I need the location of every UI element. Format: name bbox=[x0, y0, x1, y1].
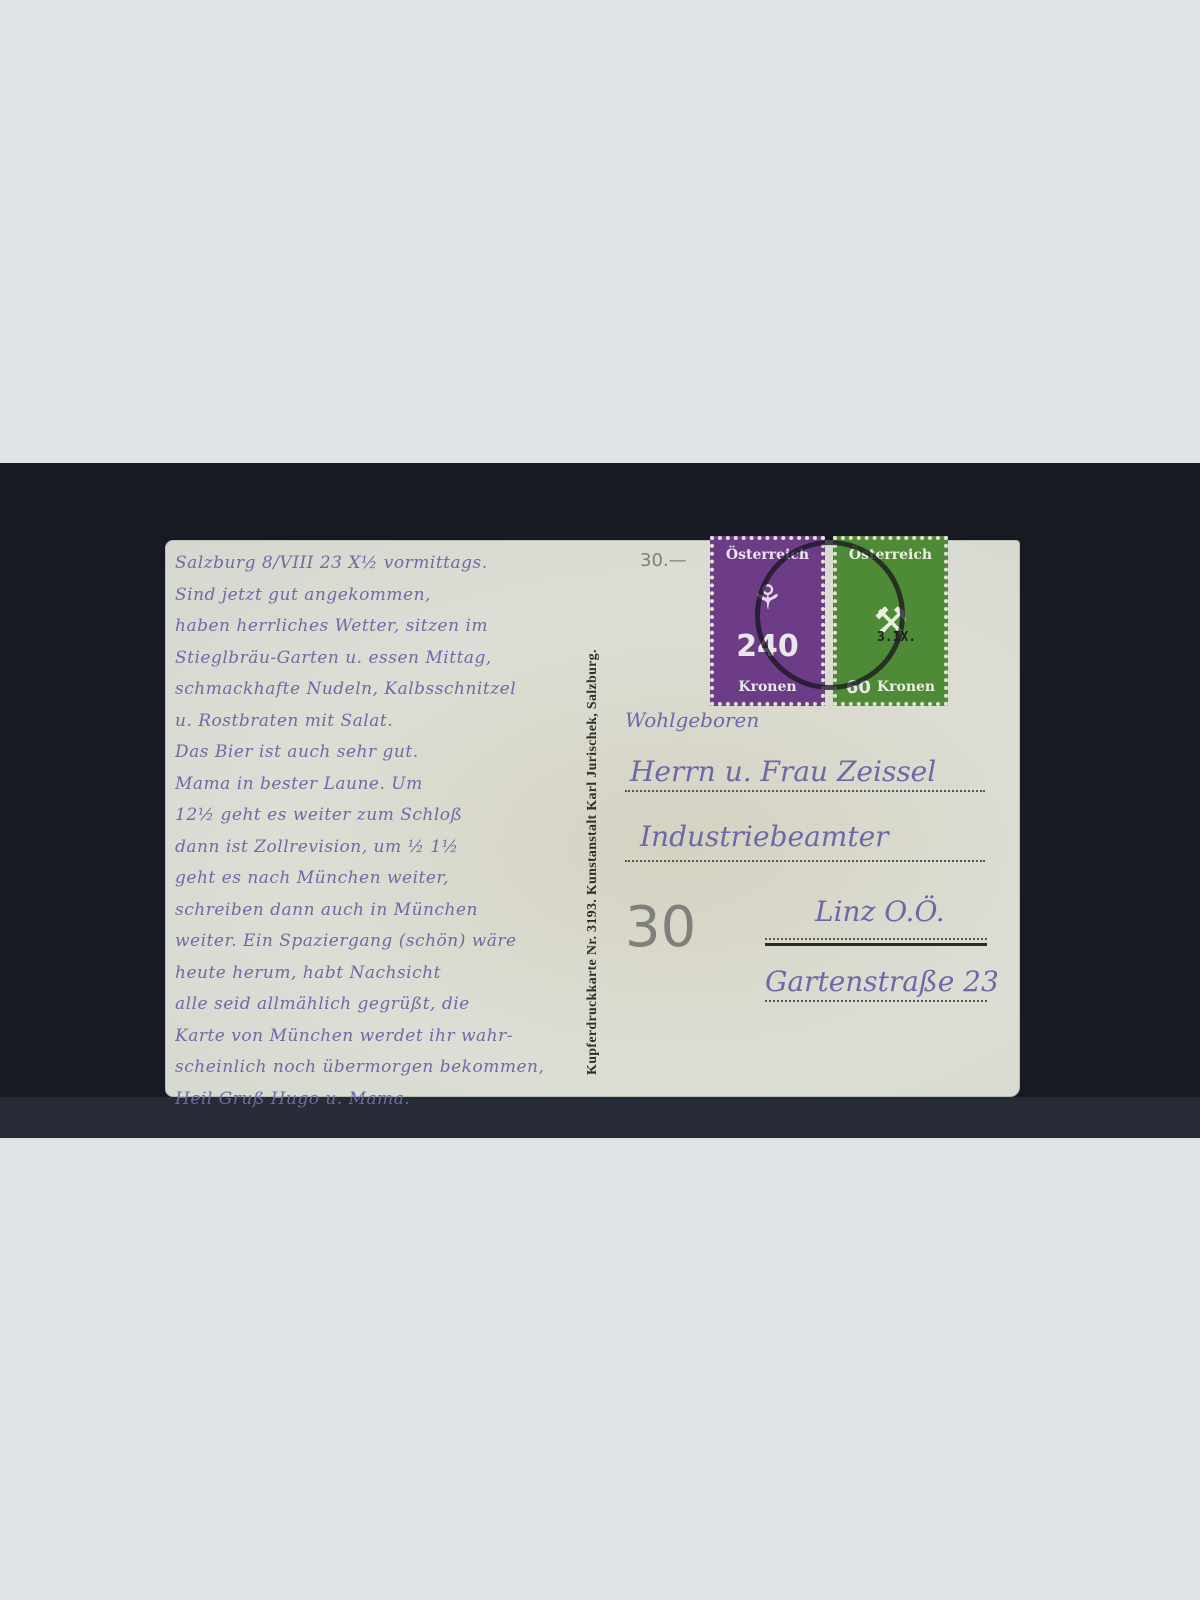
address-rule bbox=[625, 790, 985, 792]
address-line-1: Herrn u. Frau Zeissel bbox=[630, 755, 936, 788]
message-line: geht es nach München weiter, bbox=[175, 863, 590, 895]
address-rule bbox=[765, 1000, 987, 1002]
address-street: Gartenstraße 23 bbox=[765, 965, 999, 998]
message-line: Salzburg 8/VIII 23 X½ vormittags. bbox=[175, 548, 590, 580]
message-line: heute herum, habt Nachsicht bbox=[175, 958, 590, 990]
message-line: u. Rostbraten mit Salat. bbox=[175, 706, 590, 738]
message-line: schreiben dann auch in München bbox=[175, 895, 590, 927]
message-line: schmackhafte Nudeln, Kalbsschnitzel bbox=[175, 674, 590, 706]
address-city-underline bbox=[765, 943, 987, 946]
address-line-2: Industriebeamter bbox=[640, 820, 889, 853]
stamp-currency: Kronen bbox=[738, 676, 796, 698]
message-line: haben herrliches Wetter, sitzen im bbox=[175, 611, 590, 643]
message-line: Das Bier ist auch sehr gut. bbox=[175, 737, 590, 769]
message-line: weiter. Ein Spaziergang (schön) wäre bbox=[175, 926, 590, 958]
postcard: Salzburg 8/VIII 23 X½ vormittags. Sind j… bbox=[165, 540, 1020, 1097]
stamp-currency: Kronen bbox=[877, 676, 935, 698]
address-rule bbox=[765, 938, 987, 940]
message-line: Stieglbräu-Garten u. essen Mittag, bbox=[175, 643, 590, 675]
printer-imprint: Kupferdruckkarte Nr. 3193. Kunstanstalt … bbox=[585, 649, 601, 1075]
pencil-price-center: 30 bbox=[625, 895, 696, 960]
message-line: dann ist Zollrevision, um ½ 1½ bbox=[175, 832, 590, 864]
message-line: Karte von München werdet ihr wahr- bbox=[175, 1021, 590, 1053]
message-line: Heil Gruß Hugo u. Mama. bbox=[175, 1084, 590, 1116]
postmark-date: 3.IX. bbox=[877, 630, 916, 645]
message-line: Sind jetzt gut angekommen, bbox=[175, 580, 590, 612]
message-line: scheinlich noch übermorgen bekommen, bbox=[175, 1052, 590, 1084]
address-city: Linz O.Ö. bbox=[815, 895, 945, 928]
message-line: Mama in bester Laune. Um bbox=[175, 769, 590, 801]
postmark bbox=[755, 540, 905, 690]
address-rule bbox=[625, 860, 985, 862]
message-line: alle seid allmählich gegrüßt, die bbox=[175, 989, 590, 1021]
pencil-price-top: 30.— bbox=[640, 550, 687, 571]
message-line: 12½ geht es weiter zum Schloß bbox=[175, 800, 590, 832]
address-salutation: Wohlgeboren bbox=[625, 708, 759, 732]
handwritten-message: Salzburg 8/VIII 23 X½ vormittags. Sind j… bbox=[175, 548, 590, 1115]
